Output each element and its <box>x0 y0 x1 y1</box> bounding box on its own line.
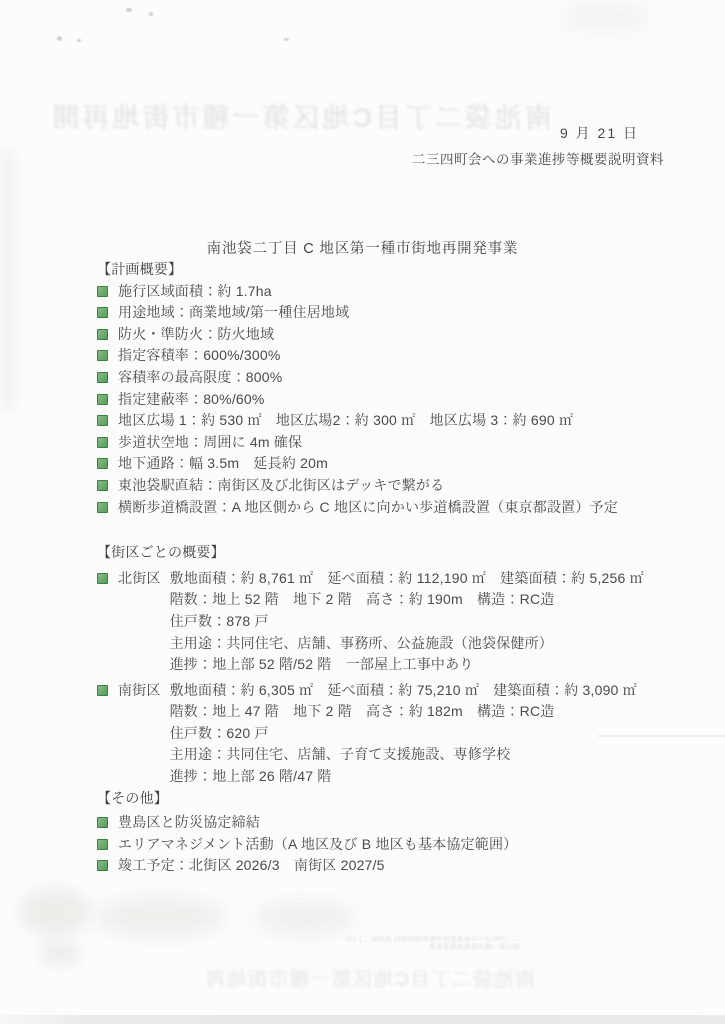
block-north-details: 敷地面積：約 8,761 ㎡ 延べ面積：約 112,190 ㎡ 建築面積：約 5… <box>170 568 672 676</box>
block-detail-line: 住戸数：878 戸 <box>170 611 672 633</box>
list-item: 歩道状空地：周囲に 4m 確保 <box>97 432 672 454</box>
block-detail-line: 主用途：共同住宅、店舗、子育て支援施設、専修学校 <box>170 744 672 766</box>
list-item: 竣工予定：北街区 2026/3 南街区 2027/5 <box>97 855 672 877</box>
list-item: エリアマネジメント活動（A 地区及び B 地区も基本協定範囲） <box>97 834 672 856</box>
list-item-text: 防火・準防火：防火地域 <box>118 326 274 342</box>
block-detail-line: 進捗：地上部 26 階/47 階 <box>170 766 672 788</box>
scan-smudge <box>255 900 355 936</box>
scan-smudge <box>40 940 80 966</box>
green-square-bullet-icon <box>97 685 108 696</box>
plan-overview-list: 施行区域面積：約 1.7ha 用途地域：商業地域/第一種住居地域 防火・準防火：… <box>97 281 672 519</box>
green-square-bullet-icon <box>97 329 108 340</box>
green-square-bullet-icon <box>97 372 108 383</box>
page-bleed-through-bottom: 南池袋二丁目C地区第一種市街地再開発事業 <box>205 963 535 992</box>
block-detail-line: 敷地面積：約 6,305 ㎡ 延べ面積：約 75,210 ㎡ 建築面積：約 3,… <box>170 680 672 702</box>
scan-speck <box>57 36 62 41</box>
list-item: 防火・準防火：防火地域 <box>97 324 672 346</box>
document-date: 9 月 21 日 <box>560 123 639 143</box>
list-item-text: 横断歩道橋設置：A 地区側から C 地区に向かい歩道橋設置（東京都設置）予定 <box>118 499 618 515</box>
block-north: 北街区 敷地面積：約 8,761 ㎡ 延べ面積：約 112,190 ㎡ 建築面積… <box>97 568 672 676</box>
scan-speck <box>77 39 81 42</box>
list-item-text: 地下通路：幅 3.5m 延長約 20m <box>118 455 328 471</box>
list-item: 地区広場 1：約 530 ㎡ 地区広場2：約 300 ㎡ 地区広場 3：約 69… <box>97 410 672 432</box>
green-square-bullet-icon <box>97 350 108 361</box>
list-item: 豊島区と防災協定締結 <box>97 812 672 834</box>
scan-smudge <box>560 2 650 32</box>
green-square-bullet-icon <box>97 573 108 584</box>
scan-edge-band <box>0 1015 725 1024</box>
list-item-text: 施行区域面積：約 1.7ha <box>118 283 272 299</box>
block-detail-line: 敷地面積：約 8,761 ㎡ 延べ面積：約 112,190 ㎡ 建築面積：約 5… <box>170 568 672 590</box>
section-heading-plan: 【計画概要】 <box>97 259 672 281</box>
list-item: 地下通路：幅 3.5m 延長約 20m <box>97 453 672 475</box>
scan-speck <box>126 8 132 12</box>
list-item: 横断歩道橋設置：A 地区側から C 地区に向かい歩道橋設置（東京都設置）予定 <box>97 497 672 519</box>
block-detail-line: 進捗：地上部 52 階/52 階 一部屋上工事中あり <box>170 654 672 676</box>
block-detail-line: 主用途：共同住宅、店舗、事務所、公益施設（池袋保健所） <box>170 633 672 655</box>
block-detail-line: 階数：地上 52 階 地下 2 階 高さ：約 190m 構造：RC造 <box>170 589 672 611</box>
list-item-text: エリアマネジメント活動（A 地区及び B 地区も基本協定範囲） <box>118 836 517 852</box>
list-item: 容積率の最高限度：800% <box>97 367 672 389</box>
list-item-text: 竣工予定：北街区 2026/3 南街区 2027/5 <box>118 857 385 873</box>
list-item: 指定容積率：600%/300% <box>97 345 672 367</box>
block-name-north: 北街区 <box>118 568 161 590</box>
list-item-text: 指定容積率：600%/300% <box>118 347 281 363</box>
list-item-text: 豊島区と防災協定締結 <box>118 814 260 830</box>
document-subtitle: 二三四町会への事業進捗等概要説明資料 <box>412 148 664 168</box>
green-square-bullet-icon <box>97 480 108 491</box>
block-south: 南街区 敷地面積：約 6,305 ㎡ 延べ面積：約 75,210 ㎡ 建築面積：… <box>97 680 672 788</box>
green-square-bullet-icon <box>97 437 108 448</box>
list-item: 施行区域面積：約 1.7ha <box>97 281 672 303</box>
scan-smudge <box>20 888 90 936</box>
green-square-bullet-icon <box>97 502 108 513</box>
green-square-bullet-icon <box>97 307 108 318</box>
list-item-text: 歩道状空地：周囲に 4m 確保 <box>118 434 302 450</box>
document-body: 【計画概要】 施行区域面積：約 1.7ha 用途地域：商業地域/第一種住居地域 … <box>97 259 672 877</box>
scan-speck <box>149 12 153 16</box>
list-item-text: 東池袋駅直結：南街区及び北街区はデッキで繋がる <box>118 477 444 493</box>
green-square-bullet-icon <box>97 286 108 297</box>
section-heading-other: 【その他】 <box>97 788 672 810</box>
list-item: 指定建蔽率：80%/60% <box>97 389 672 411</box>
list-item: 用途地域：商業地域/第一種住居地域 <box>97 302 672 324</box>
list-item-text: 用途地域：商業地域/第一種住居地域 <box>118 304 349 320</box>
section-heading-blocks: 【街区ごとの概要】 <box>97 542 672 564</box>
list-item-text: 地区広場 1：約 530 ㎡ 地区広場2：約 300 ㎡ 地区広場 3：約 69… <box>118 412 573 428</box>
block-detail-line: 階数：地上 47 階 地下 2 階 高さ：約 182m 構造：RC造 <box>170 701 672 723</box>
scanned-document-page: 南池袋二丁目C地区第一種市街地再開発事業 南池袋二丁目C地区第一種市街地再開発事… <box>0 0 725 1024</box>
green-square-bullet-icon <box>97 458 108 469</box>
document-title: 南池袋二丁目 C 地区第一種市街地再開発事業 <box>0 237 725 258</box>
other-list: 豊島区と防災協定締結 エリアマネジメント活動（A 地区及び B 地区も基本協定範… <box>97 812 672 877</box>
green-square-bullet-icon <box>97 817 108 828</box>
list-item-text: 指定建蔽率：80%/60% <box>118 391 265 407</box>
scan-smudge <box>95 896 225 938</box>
page-bleed-through-corner: 二三四町会への事業進捗等概要説明資料 南池袋二丁目C地区第一種市街地再開発事業 <box>345 936 520 954</box>
list-item: 東池袋駅直結：南街区及び北街区はデッキで繋がる <box>97 475 672 497</box>
scan-speck <box>284 38 289 41</box>
green-square-bullet-icon <box>97 415 108 426</box>
list-item-text: 容積率の最高限度：800% <box>118 369 282 385</box>
page-bleed-through-top: 南池袋二丁目C地区第一種市街地再開発事業 <box>52 96 552 135</box>
green-square-bullet-icon <box>97 394 108 405</box>
green-square-bullet-icon <box>97 860 108 871</box>
block-name-south: 南街区 <box>118 680 161 702</box>
scan-smudge <box>0 150 14 410</box>
green-square-bullet-icon <box>97 839 108 850</box>
block-detail-line: 住戸数：620 戸 <box>170 723 672 745</box>
block-south-details: 敷地面積：約 6,305 ㎡ 延べ面積：約 75,210 ㎡ 建築面積：約 3,… <box>170 680 672 788</box>
